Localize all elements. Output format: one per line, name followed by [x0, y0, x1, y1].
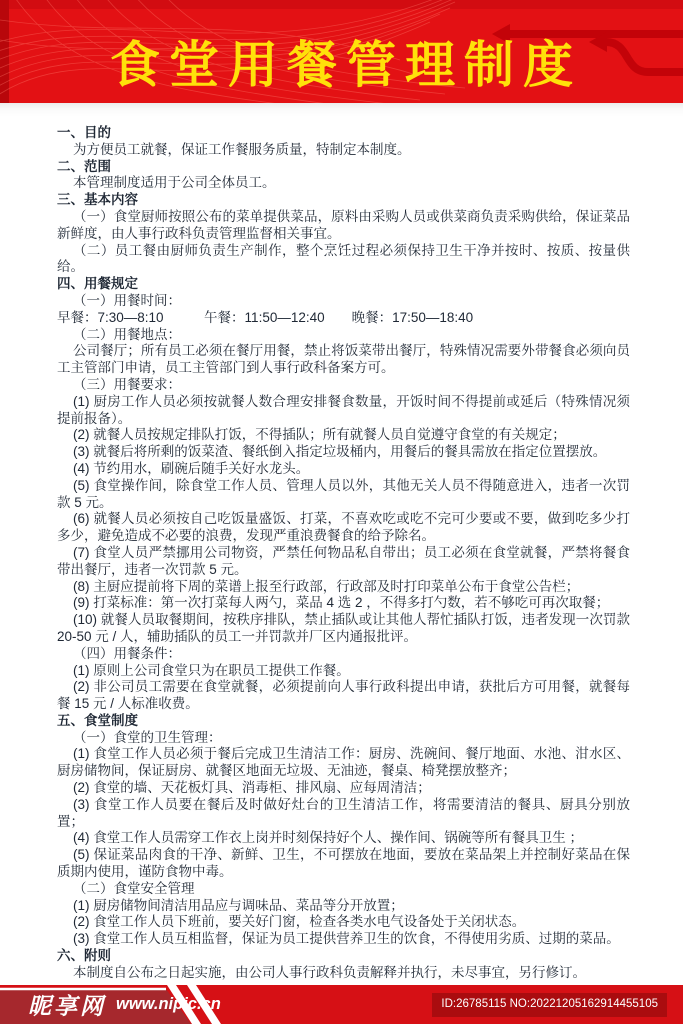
brand-url: www.nipic.cn [116, 995, 221, 1014]
doc-paragraph: (3) 就餐后将所剩的饭菜渣、餐纸倒入指定垃圾桶内，用餐后的餐具需放在指定位置摆… [57, 444, 630, 461]
doc-paragraph: (9) 打菜标准：第一次打菜每人两勺，菜品 4 选 2 ，不得多打勺数，若不够吃… [57, 595, 630, 612]
doc-paragraph: 本制度自公布之日起实施，由公司人事行政科负责解释并执行，未尽事宜，另行修订。 [57, 965, 630, 982]
page-title: 食堂用餐管理制度 [0, 38, 683, 93]
doc-paragraph: （四）用餐条件： [57, 646, 630, 663]
section-heading: 五、食堂制度 [57, 713, 630, 730]
doc-paragraph: （二）食堂安全管理 [57, 881, 630, 898]
brand-logo: 昵享网 www.nipic.cn [28, 985, 221, 1024]
doc-paragraph: (2) 非公司员工需要在食堂就餐，必须提前向人事行政科提出申请，获批后方可用餐，… [57, 679, 630, 713]
section-heading: 二、范围 [57, 159, 630, 176]
doc-paragraph: (2) 就餐人员按规定排队打饭，不得插队；所有就餐人员自觉遵守食堂的有关规定； [57, 427, 630, 444]
top-band-decoration [0, 0, 683, 9]
doc-paragraph: 本管理制度适用于公司全体员工。 [57, 175, 630, 192]
section-heading: 一、目的 [57, 125, 630, 142]
doc-paragraph: (2) 食堂工作人员下班前，要关好门窗，检查各类水电气设备处于关闭状态。 [57, 914, 630, 931]
doc-paragraph: (7) 食堂人员严禁挪用公司物资，严禁任何物品私自带出；员工必须在食堂就餐，严禁… [57, 545, 630, 579]
doc-paragraph: (3) 食堂工作人员要在餐后及时做好灶台的卫生清洁工作，将需要清洁的餐具、厨具分… [57, 797, 630, 831]
doc-paragraph: (1) 厨房工作人员必须按就餐人数合理安排餐食数量，开饭时间不得提前或延后（特殊… [57, 394, 630, 428]
doc-paragraph: 公司餐厅；所有员工必须在餐厅用餐，禁止将饭菜带出餐厅，特殊情况需要外带餐食必须向… [57, 343, 630, 377]
section-heading: 六、附则 [57, 948, 630, 965]
image-id-badge: ID:26785115 NO:20221205162914455105 [432, 993, 667, 1017]
doc-paragraph: （一）食堂的卫生管理： [57, 730, 630, 747]
doc-paragraph: （一）用餐时间： [57, 293, 630, 310]
doc-paragraph: (4) 食堂工作人员需穿工作衣上岗并时刻保持好个人、操作间、锅碗等所有餐具卫生 … [57, 830, 630, 847]
document-body: 一、目的为方便员工就餐，保证工作餐服务质量，特制定本制度。二、范围本管理制度适用… [0, 103, 683, 986]
doc-paragraph: (5) 食堂操作间，除食堂工作人员、管理人员以外，其他无关人员不得随意进入，违者… [57, 478, 630, 512]
doc-paragraph: (6) 就餐人员必须按自己吃饭量盛饭、打菜，不喜欢吃或吃不完可少要或不要，做到吃… [57, 511, 630, 545]
doc-paragraph: （三）用餐要求： [57, 377, 630, 394]
doc-paragraph: （二）员工餐由厨师负责生产制作，整个烹饪过程必须保持卫生干净并按时、按质、按量供… [57, 243, 630, 277]
footer-bar: 昵享网 www.nipic.cn ID:26785115 NO:20221205… [0, 985, 683, 1024]
doc-paragraph: (1) 食堂工作人员必须于餐后完成卫生清洁工作：厨房、洗碗间、餐厅地面、水池、泔… [57, 746, 630, 780]
doc-paragraph: (4) 节约用水，刷碗后随手关好水龙头。 [57, 461, 630, 478]
doc-paragraph: 为方便员工就餐，保证工作餐服务质量，特制定本制度。 [57, 142, 630, 159]
doc-paragraph: (5) 保证菜品肉食的干净、新鲜、卫生，不可摆放在地面，要放在菜品架上并控制好菜… [57, 847, 630, 881]
section-heading: 三、基本内容 [57, 192, 630, 209]
brand-name: 昵享网 [28, 988, 106, 1021]
doc-paragraph: (3) 食堂工作人员互相监督，保证为员工提供营养卫生的饮食，不得使用劣质、过期的… [57, 931, 630, 948]
doc-paragraph: (2) 食堂的墙、天花板灯具、消毒柜、排风扇、应每周清洁； [57, 780, 630, 797]
doc-paragraph: (10) 就餐人员取餐期间，按秩序排队，禁止插队或让其他人帮忙插队打饭，违者发现… [57, 612, 630, 646]
doc-paragraph: (1) 原则上公司食堂只为在职员工提供工作餐。 [57, 663, 630, 680]
doc-paragraph: (8) 主厨应提前将下周的菜谱上报至行政部，行政部及时打印菜单公布于食堂公告栏； [57, 579, 630, 596]
doc-paragraph: （二）用餐地点： [57, 327, 630, 344]
doc-paragraph: (1) 厨房储物间清洁用品应与调味品、菜品等分开放置； [57, 898, 630, 915]
header-banner: 食堂用餐管理制度 [0, 0, 683, 103]
doc-paragraph: （一）食堂厨师按照公布的菜单提供菜品，原料由采购人员或供菜商负责采购供给，保证菜… [57, 209, 630, 243]
doc-paragraph: 早餐：7:30—8:10 午餐：11:50—12:40 晚餐：17:50—18:… [57, 310, 630, 327]
section-heading: 四、用餐规定 [57, 276, 630, 293]
